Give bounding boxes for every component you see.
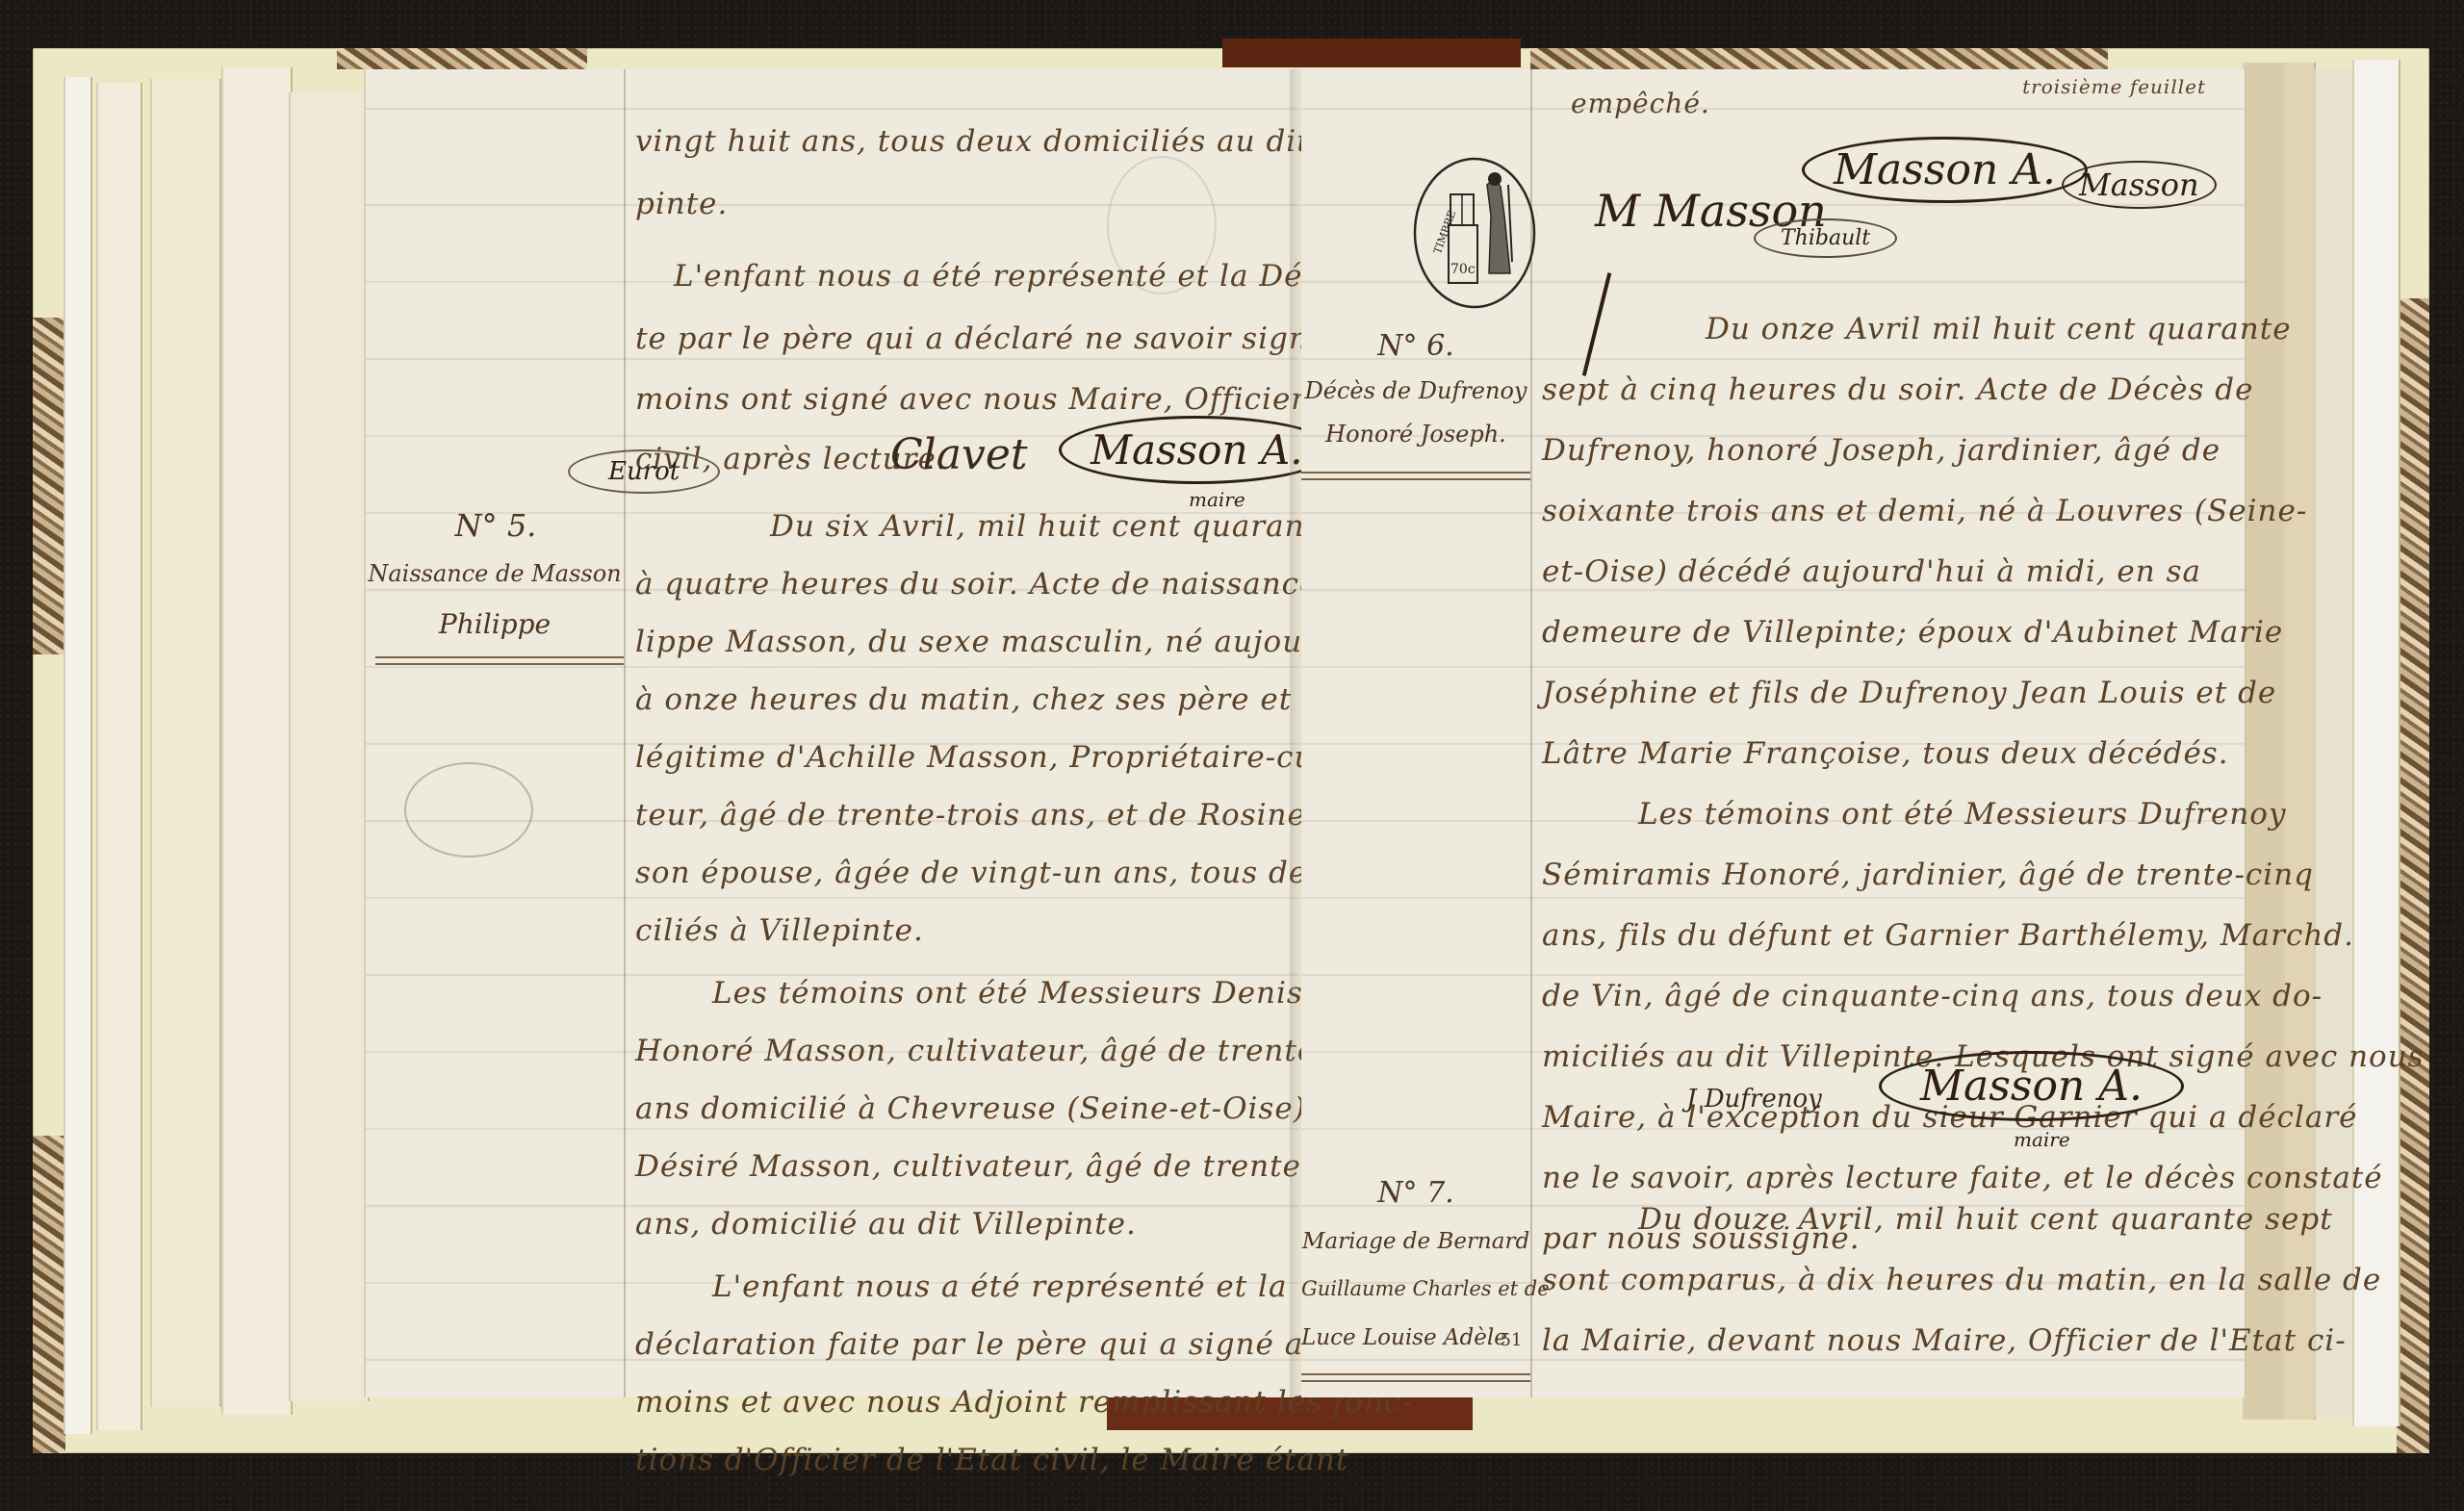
marbled-corner: [337, 48, 587, 69]
page-edge: [96, 83, 142, 1430]
text-line: lippe Masson, du sexe masculin, né aujou…: [635, 627, 1398, 657]
continuation-text: empêché.: [1571, 90, 1710, 117]
marbled-corner: [33, 1136, 65, 1453]
text-line: Lâtre Marie Françoise, tous deux décédés…: [1542, 739, 2229, 769]
text-line: sont comparus, à dix heures du matin, en…: [1542, 1266, 2381, 1295]
pen-stroke: [1582, 272, 1611, 376]
svg-text:70c: 70c: [1450, 262, 1476, 277]
signature-eurot: Eurot: [568, 449, 720, 494]
binding-strip: [1222, 38, 1521, 67]
text-line: Du onze Avril mil huit cent quarante: [1706, 315, 2292, 345]
signature-title-maire: maire: [2014, 1128, 2070, 1151]
signature-dufrenoy: J Dufrenoy: [1686, 1085, 1822, 1114]
signature-masson-2: Masson: [2062, 161, 2217, 209]
text-line: Honoré Masson, cultivateur, âgé de trent…: [635, 1037, 1396, 1066]
folio-note: troisième feuillet: [2022, 77, 2206, 96]
entry-divider: [375, 656, 624, 665]
entry-margin-title: Décès de Dufrenoy: [1301, 377, 1530, 404]
entry-number: N° 5.: [375, 507, 616, 544]
signature-masson: Masson A.: [1879, 1051, 2184, 1121]
page-number: 51: [1494, 1330, 1528, 1350]
entry-margin-title: Philippe: [366, 608, 624, 640]
page-edge: [2352, 60, 2400, 1426]
text-line: de Vin, âgé de cinquante-cinq ans, tous …: [1542, 982, 2323, 1012]
signature-masson: Masson A.: [1802, 137, 2088, 203]
entry-margin-title: Mariage de Bernard: [1301, 1229, 1530, 1254]
entry-number: N° 6.: [1301, 329, 1530, 363]
svg-text:TIMBRE: TIMBRE: [1431, 209, 1458, 256]
signature-clavet: Clavet: [890, 430, 1028, 479]
faint-stamp-icon: [404, 762, 533, 858]
text-line: tions d'Officier de l'Etat civil, le Mai…: [635, 1446, 1348, 1475]
text-line: vingt huit ans, tous deux domiciliés au …: [635, 127, 1403, 157]
signature-thibault: Thibault: [1754, 218, 1897, 258]
marbled-edge: [2397, 298, 2429, 1453]
text-line: demeure de Villepinte; époux d'Aubinet M…: [1542, 618, 2283, 648]
left-page: vingt huit ans, tous deux domiciliés au …: [366, 69, 1299, 1397]
text-line: ciliés à Villepinte.: [635, 916, 924, 946]
page-edge: [289, 92, 370, 1401]
marbled-corner: [1530, 48, 2108, 69]
text-line: Les témoins ont été Messieurs Dufrenoy: [1638, 800, 2286, 830]
text-line: légitime d'Achille Masson, Propriétaire-…: [635, 743, 1396, 773]
text-line: Dufrenoy, honoré Joseph, jardinier, âgé …: [1542, 436, 2220, 466]
text-line: et-Oise) décédé aujourd'hui à midi, en s…: [1542, 557, 2201, 587]
text-line: sept à cinq heures du soir. Acte de Décè…: [1542, 375, 2253, 405]
entry-divider: [1301, 472, 1530, 480]
signature-title-maire: maire: [1189, 488, 1245, 511]
timbre-royal-stamp: 70c TIMBRE ROYAL.: [1412, 156, 1537, 310]
text-line: Joséphine et fils de Dufrenoy Jean Louis…: [1542, 679, 2276, 708]
entry-margin-title: Honoré Joseph.: [1301, 421, 1530, 448]
right-page: troisième feuillet 70c TIMBRE ROYAL. emp…: [1301, 69, 2245, 1397]
text-line: Sémiramis Honoré, jardinier, âgé de tren…: [1542, 860, 2314, 890]
marbled-corner: [33, 318, 65, 654]
entry-margin-title: Luce Louise Adèle: [1301, 1325, 1494, 1350]
text-line: ans, domicilié au dit Villepinte.: [635, 1210, 1137, 1240]
text-line: la Mairie, devant nous Maire, Officier d…: [1542, 1326, 2347, 1356]
text-line: ne le savoir, après lecture faite, et le…: [1542, 1164, 2383, 1193]
page-edge: [221, 67, 293, 1415]
stamp-icon: 70c TIMBRE ROYAL.: [1412, 156, 1537, 310]
text-line: ans, fils du défunt et Garnier Barthélem…: [1542, 921, 2354, 951]
text-line: Les témoins ont été Messieurs Denis: [712, 979, 1303, 1009]
text-line: soixante trois ans et demi, né à Louvres…: [1542, 497, 2307, 526]
page-edge: [64, 77, 92, 1434]
entry-divider: [1301, 1373, 1530, 1382]
margin-rule: [624, 69, 626, 1397]
text-line: L'enfant nous a été représenté et la: [712, 1272, 1287, 1302]
text-line: pinte.: [635, 190, 728, 219]
text-line: Du douze Avril, mil huit cent quarante s…: [1638, 1205, 2333, 1235]
entry-margin-title: Naissance de Masson: [366, 560, 624, 587]
page-edge: [150, 79, 221, 1407]
text-line: ans domicilié à Chevreuse (Seine-et-Oise…: [635, 1094, 1347, 1124]
entry-number: N° 7.: [1301, 1176, 1530, 1210]
entry-margin-title: Guillaume Charles et de: [1301, 1277, 1530, 1300]
